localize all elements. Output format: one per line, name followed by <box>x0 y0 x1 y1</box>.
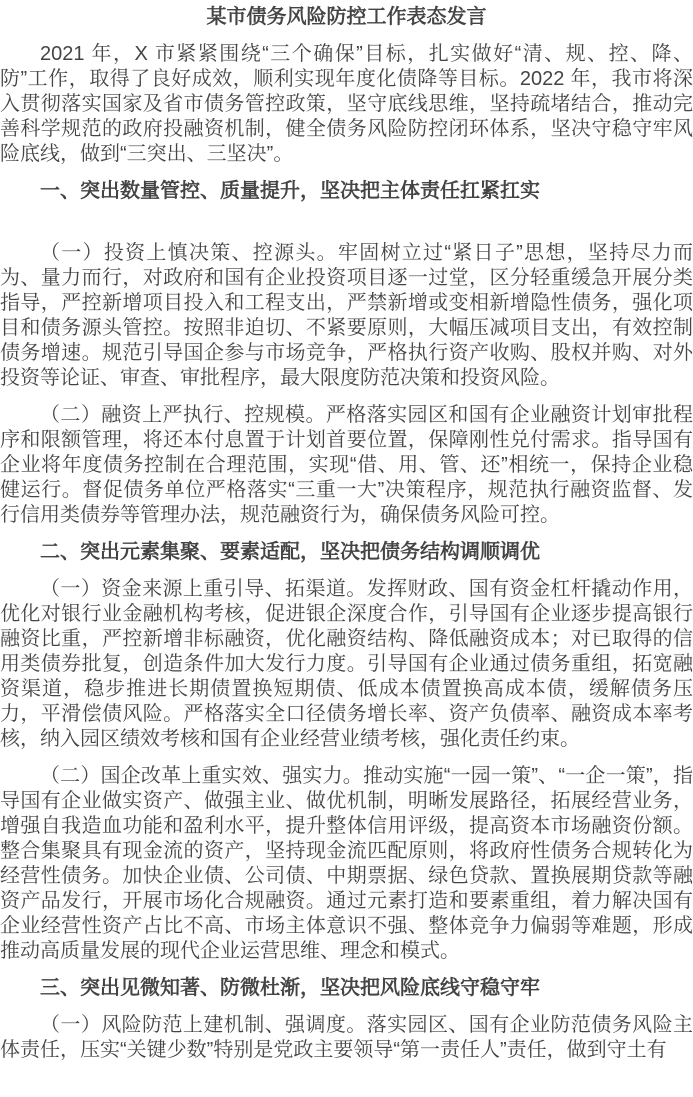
section2-paragraph-2: （二）国企改革上重实效、强实力。推动实施“一园一策”、“一企一策”，指导国有企业… <box>0 764 693 964</box>
intro-paragraph: 2021 年，X 市紧紧围绕“三个确保”目标，扎实做好“清、规、控、降、防”工作… <box>0 42 693 167</box>
document-title: 某市债务风险防控工作表态发言 <box>0 5 693 30</box>
section1-paragraph-2: （二）融资上严执行、控规模。严格落实园区和国有企业融资计划审批程序和限额管理，将… <box>0 403 693 528</box>
section1-paragraph-1: （一）投资上慎决策、控源头。牢固树立过“紧日子”思想，坚持尽力而为、量力而行，对… <box>0 241 693 391</box>
section-heading-3: 三、突出见微知著、防微杜渐，坚决把风险底线守稳守牢 <box>0 976 693 1001</box>
section2-paragraph-1: （一）资金来源上重引导、拓渠道。发挥财政、国有资金杠杆撬动作用，优化对银行业金融… <box>0 577 693 752</box>
section-heading-2: 二、突出元素集聚、要素适配，坚决把债务结构调顺调优 <box>0 540 693 565</box>
document-page: 某市债务风险防控工作表态发言 2021 年，X 市紧紧围绕“三个确保”目标，扎实… <box>0 0 693 1097</box>
section-heading-1: 一、突出数量管控、质量提升，坚决把主体责任扛紧扛实 <box>0 179 693 204</box>
section3-paragraph-1: （一）风险防范上建机制、强调度。落实园区、国有企业防范债务风险主体责任，压实“关… <box>0 1013 693 1063</box>
